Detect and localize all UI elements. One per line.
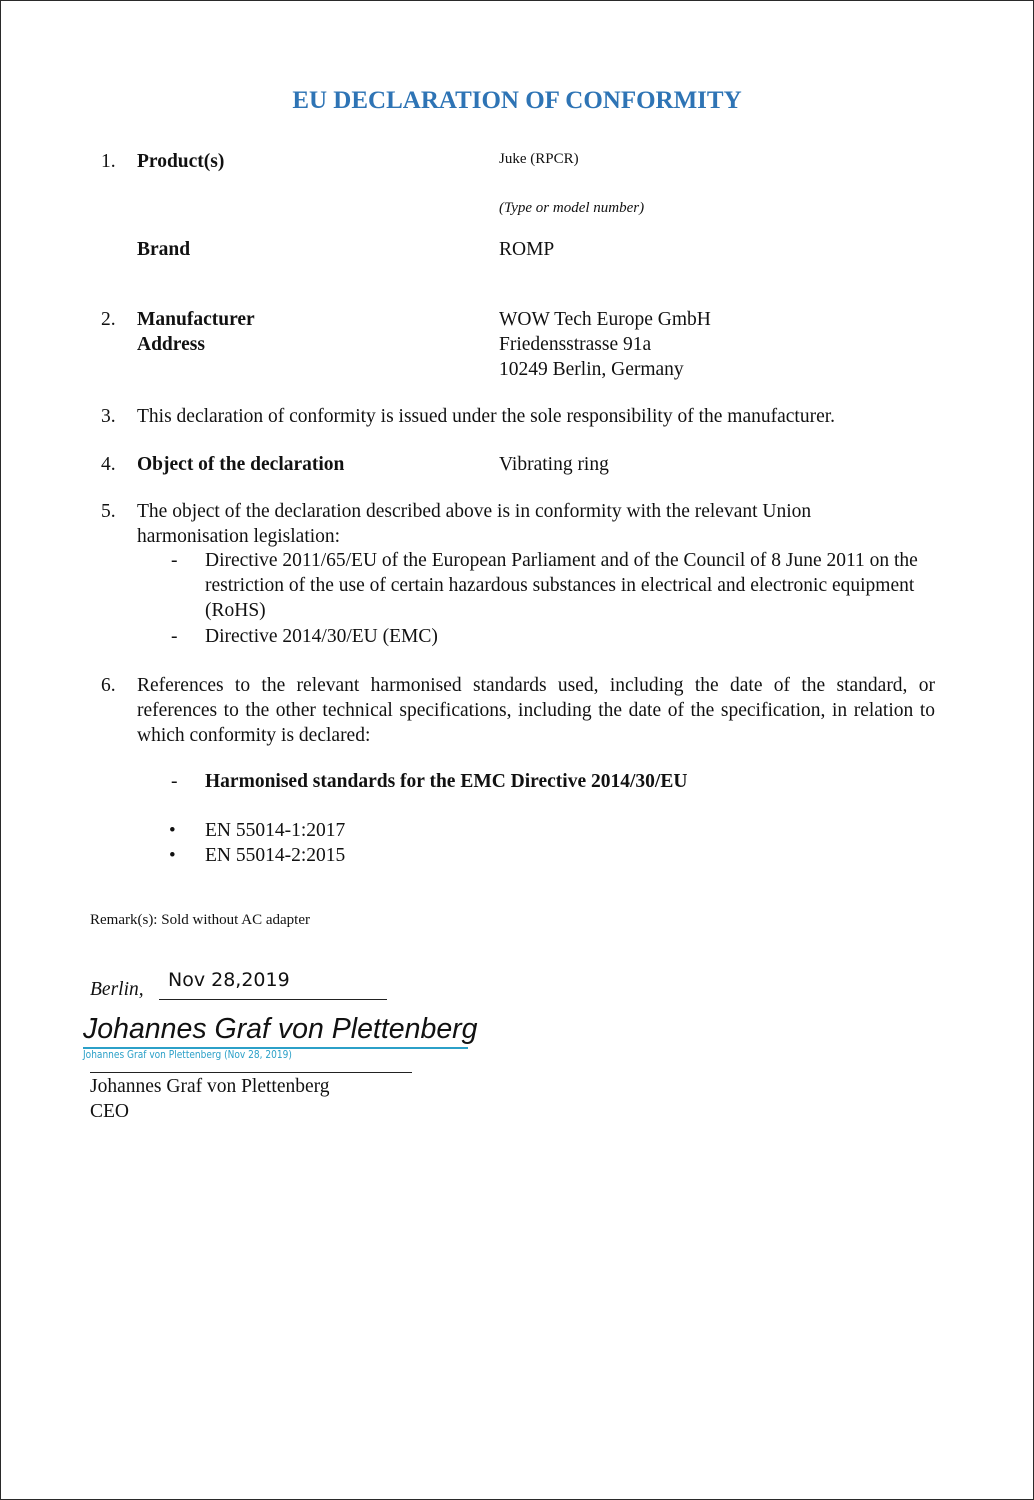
directive-emc: Directive 2014/30/EU (EMC) xyxy=(205,624,935,649)
dash-marker: - xyxy=(171,624,178,649)
manufacturer-value: WOW Tech Europe GmbH xyxy=(499,307,711,332)
product-label: Product(s) xyxy=(137,149,224,174)
bullet-icon: • xyxy=(169,818,176,843)
signer-name: Johannes Graf von Plettenberg xyxy=(90,1074,330,1099)
address-label: Address xyxy=(137,332,205,357)
section-6-number: 6. xyxy=(101,673,116,698)
signature-script: Johannes Graf von Plettenberg xyxy=(83,1013,478,1046)
brand-value: ROMP xyxy=(499,237,554,262)
responsibility-statement: This declaration of conformity is issued… xyxy=(137,404,835,429)
dash-marker: - xyxy=(171,548,178,573)
conformity-statement: The object of the declaration described … xyxy=(137,499,877,549)
standards-statement: References to the relevant harmonised st… xyxy=(137,673,935,748)
signature-place: Berlin, xyxy=(90,977,144,1002)
signature-line xyxy=(90,1072,412,1073)
standard-item: EN 55014-2:2015 xyxy=(205,843,935,868)
manufacturer-label: Manufacturer xyxy=(137,307,255,332)
section-1-number: 1. xyxy=(101,149,116,174)
dash-marker: - xyxy=(171,769,178,794)
address-line-2: 10249 Berlin, Germany xyxy=(499,357,684,382)
signer-role: CEO xyxy=(90,1099,129,1124)
signature-caption: Johannes Graf von Plettenberg (Nov 28, 2… xyxy=(83,1049,292,1061)
document-page: EU DECLARATION OF CONFORMITY 1. Product(… xyxy=(0,0,1034,1500)
object-value: Vibrating ring xyxy=(499,452,609,477)
brand-label: Brand xyxy=(137,237,190,262)
product-hint: (Type or model number) xyxy=(499,198,644,218)
address-line-1: Friedensstrasse 91a xyxy=(499,332,651,357)
directive-rohs: Directive 2011/65/EU of the European Par… xyxy=(205,548,940,623)
remarks: Remark(s): Sold without AC adapter xyxy=(90,910,310,930)
section-2-number: 2. xyxy=(101,307,116,332)
document-title: EU DECLARATION OF CONFORMITY xyxy=(1,87,1033,115)
signature-date-field: Nov 28,2019 xyxy=(159,967,387,1000)
signature-date: Nov 28,2019 xyxy=(168,969,290,991)
standards-subheading: Harmonised standards for the EMC Directi… xyxy=(205,769,935,794)
section-5-number: 5. xyxy=(101,499,116,524)
object-label: Object of the declaration xyxy=(137,452,344,477)
product-value: Juke (RPCR) xyxy=(499,149,579,169)
bullet-icon: • xyxy=(169,843,176,868)
standard-item: EN 55014-1:2017 xyxy=(205,818,935,843)
section-4-number: 4. xyxy=(101,452,116,477)
section-3-number: 3. xyxy=(101,404,116,429)
